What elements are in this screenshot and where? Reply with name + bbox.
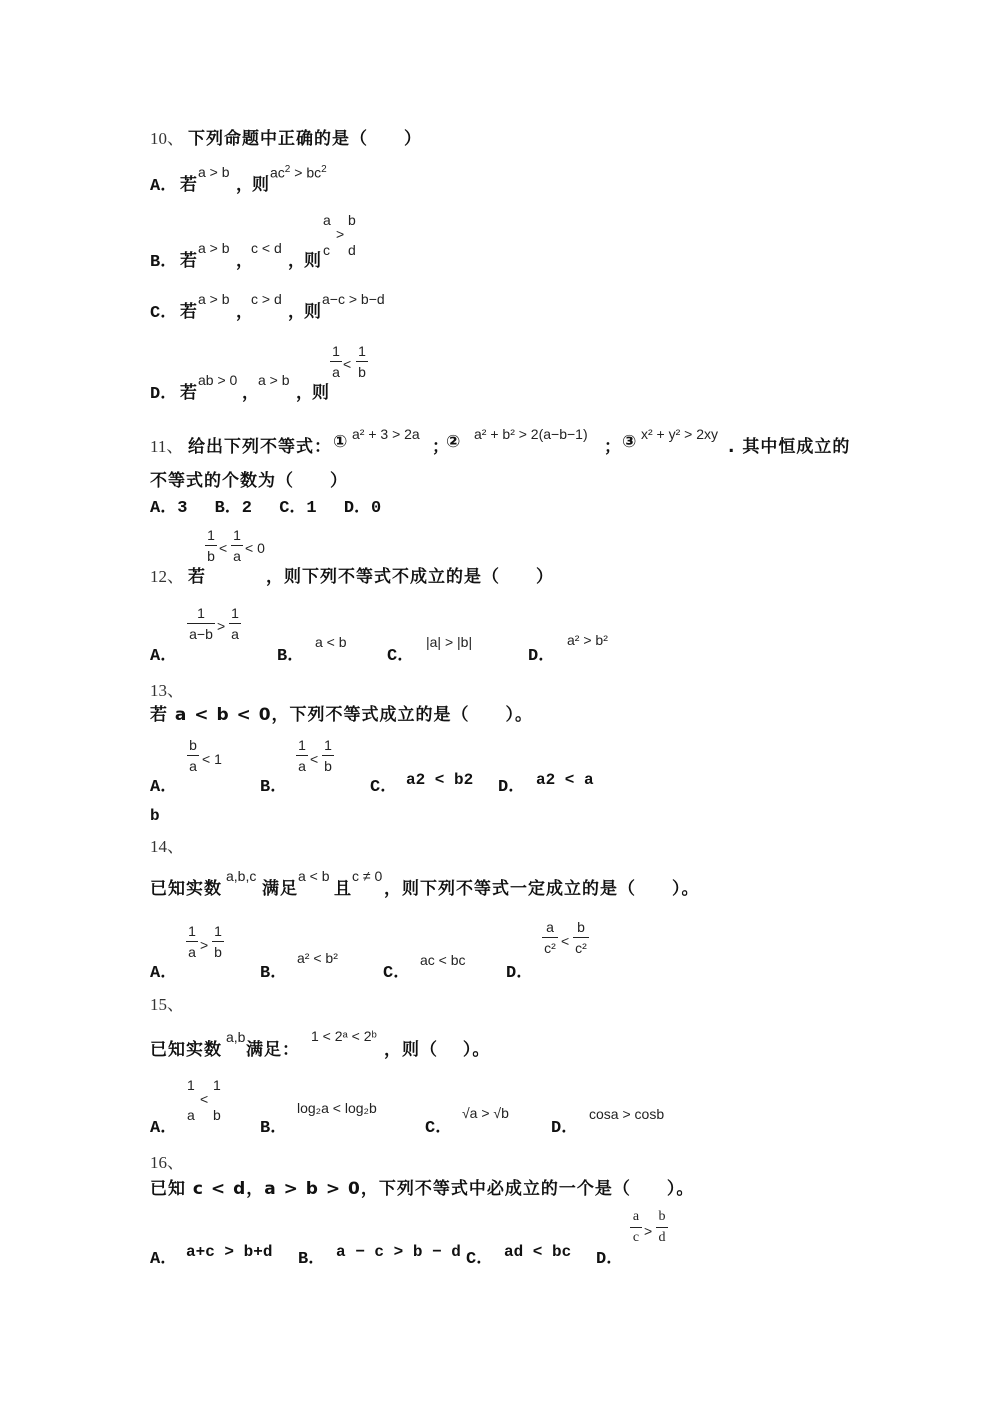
math-expr: 1: [187, 1077, 195, 1093]
math-expr: a,b: [226, 1029, 245, 1045]
math-expr: a2 < a: [536, 771, 594, 789]
fraction: 1a: [231, 526, 243, 565]
text: 满足: [262, 874, 298, 899]
math-expr: ab > 0: [198, 372, 237, 388]
option-b-label: B．: [260, 771, 287, 797]
math-expr: 1: [213, 1077, 221, 1093]
fraction: bd: [656, 1208, 668, 1247]
math-expr: ac2 > bc2: [270, 164, 327, 181]
option-a-label: A．: [150, 1112, 177, 1138]
math-expr: a > b: [198, 240, 230, 256]
math-expr: c > d: [251, 291, 282, 307]
math-expr: <: [219, 540, 227, 556]
fraction: 1b: [205, 526, 217, 565]
math-expr: a² > b²: [567, 632, 608, 648]
math-expr: cosa > cosb: [589, 1106, 664, 1122]
text: 且: [334, 874, 352, 899]
question-stem-line2: 不等式的个数为（ ）: [150, 466, 348, 491]
option-c-label: C．: [383, 957, 410, 983]
math-expr: a < b: [298, 868, 330, 884]
circle-number-3: ③: [622, 432, 637, 452]
text: 已知实数: [150, 1035, 222, 1060]
text: 则: [304, 246, 322, 271]
text: 则: [312, 378, 330, 403]
fraction: 1a: [296, 736, 308, 775]
math-expr: x² + y² > 2xy: [641, 426, 718, 442]
fraction: 1b: [322, 736, 334, 775]
math-expr: a − c > b − d: [336, 1243, 461, 1261]
option-b-label: B．: [260, 957, 287, 983]
option-d-label: D．: [528, 640, 555, 666]
fraction: ba: [187, 736, 199, 775]
option-d-label: D．: [596, 1243, 623, 1269]
option-c-label: C．: [387, 640, 414, 666]
question-stem: ，则下列不等式一定成立的是（ ）。: [384, 874, 700, 899]
fraction: ac²: [542, 918, 558, 957]
math-expr: d: [348, 242, 356, 258]
circle-number-1: ①: [333, 432, 348, 452]
option-d-label: D．: [498, 771, 525, 797]
math-expr: c: [323, 242, 330, 258]
text: ；: [604, 432, 622, 457]
question-number: 15、: [150, 990, 184, 1015]
fraction: 1a: [330, 342, 342, 381]
option-c-label: C．: [370, 771, 397, 797]
math-expr: a > b: [198, 291, 230, 307]
option-a-label: A．: [150, 640, 177, 666]
text: 若: [180, 170, 198, 195]
text: 满足：: [246, 1035, 300, 1060]
option-a-label: A．: [150, 170, 177, 196]
option-b-label: B．: [150, 246, 177, 272]
question-stem: 已知 c < d，a > b > 0，下列不等式中必成立的一个是（ ）。: [150, 1174, 694, 1199]
text: 若: [180, 246, 198, 271]
option-b-label: B．: [277, 640, 304, 666]
math-expr: a2 < b2: [406, 771, 473, 789]
math-expr: b: [213, 1107, 221, 1123]
math-expr: ac < bc: [420, 952, 466, 968]
math-expr: a: [187, 1107, 195, 1123]
text: 已知实数: [150, 874, 222, 899]
question-number: 13、: [150, 676, 184, 701]
math-expr: √a > √b: [462, 1105, 509, 1121]
question-stem: ，则下列不等式不成立的是（ ）: [266, 562, 554, 587]
math-expr: <: [343, 356, 351, 372]
math-expr: b: [348, 212, 356, 228]
math-expr: log₂a < log₂b: [297, 1100, 377, 1116]
math-expr: a² + 3 > 2a: [352, 426, 420, 442]
math-expr: c < d: [251, 240, 282, 256]
option-a-label: A．: [150, 771, 177, 797]
math-expr: ad < bc: [504, 1243, 571, 1261]
question-number: 12、: [150, 562, 184, 587]
option-a-label: A．: [150, 1243, 177, 1269]
math-expr: < 1: [202, 751, 222, 767]
math-expr: a > b: [198, 164, 230, 180]
text: . 其中恒成立的: [728, 432, 850, 457]
question-number: 16、: [150, 1148, 184, 1173]
options-line: A．3 B．2 C．1 D．0: [150, 492, 381, 518]
math-expr: >: [217, 618, 225, 634]
math-expr: c ≠ 0: [352, 868, 382, 884]
text: 则: [252, 170, 270, 195]
option-c-label: C．: [150, 297, 177, 323]
math-expr: a² < b²: [297, 950, 338, 966]
math-expr: >: [200, 937, 208, 953]
math-expr: <: [200, 1091, 208, 1107]
fraction: 1a−b: [187, 604, 215, 643]
math-expr: <: [561, 933, 569, 949]
option-c-label: C．: [425, 1112, 452, 1138]
fraction: bc²: [573, 918, 589, 957]
math-expr: a > b: [258, 372, 290, 388]
math-expr: 1 < 2ᵃ < 2ᵇ: [311, 1028, 377, 1044]
option-c-label: C．: [466, 1243, 493, 1269]
option-d-label: D．: [150, 378, 177, 404]
question-number: 11、: [150, 432, 183, 457]
math-expr: a+c > b+d: [186, 1243, 272, 1261]
fraction: ac: [630, 1208, 642, 1247]
fraction: 1b: [212, 922, 224, 961]
question-stem: 下列命题中正确的是（ ）: [188, 124, 422, 149]
text: 若: [180, 297, 198, 322]
option-d-label: D．: [506, 957, 533, 983]
math-expr: a < b: [315, 634, 347, 650]
fraction: 1a: [186, 922, 198, 961]
text: 若: [180, 378, 198, 403]
math-expr: a−c > b−d: [322, 291, 385, 307]
fraction: 1a: [229, 604, 241, 643]
circle-number-2: ②: [446, 432, 461, 452]
math-expr: a,b,c: [226, 868, 256, 884]
text: 则: [304, 297, 322, 322]
option-d-label: D．: [551, 1112, 578, 1138]
math-expr: >: [336, 226, 344, 242]
question-number: 14、: [150, 832, 184, 857]
text: 若: [188, 562, 206, 587]
question-stem: 若 a < b < 0，下列不等式成立的是（ ）。: [150, 700, 533, 725]
option-b-label: B．: [260, 1112, 287, 1138]
question-number: 10、: [150, 124, 184, 149]
math-expr: a² + b² > 2(a−b−1): [474, 426, 588, 442]
math-expr: <: [310, 751, 318, 767]
option-b-label: B．: [298, 1243, 325, 1269]
question-stem: 给出下列不等式：: [188, 432, 332, 457]
math-expr: |a| > |b|: [426, 634, 472, 650]
option-a-label: A．: [150, 957, 177, 983]
fraction: 1b: [356, 342, 368, 381]
question-stem: ，则（ ）。: [384, 1035, 490, 1060]
math-expr: >: [644, 1223, 652, 1239]
math-expr-wrap: b: [150, 807, 160, 825]
math-expr: a: [323, 212, 331, 228]
math-expr: < 0: [245, 540, 265, 556]
